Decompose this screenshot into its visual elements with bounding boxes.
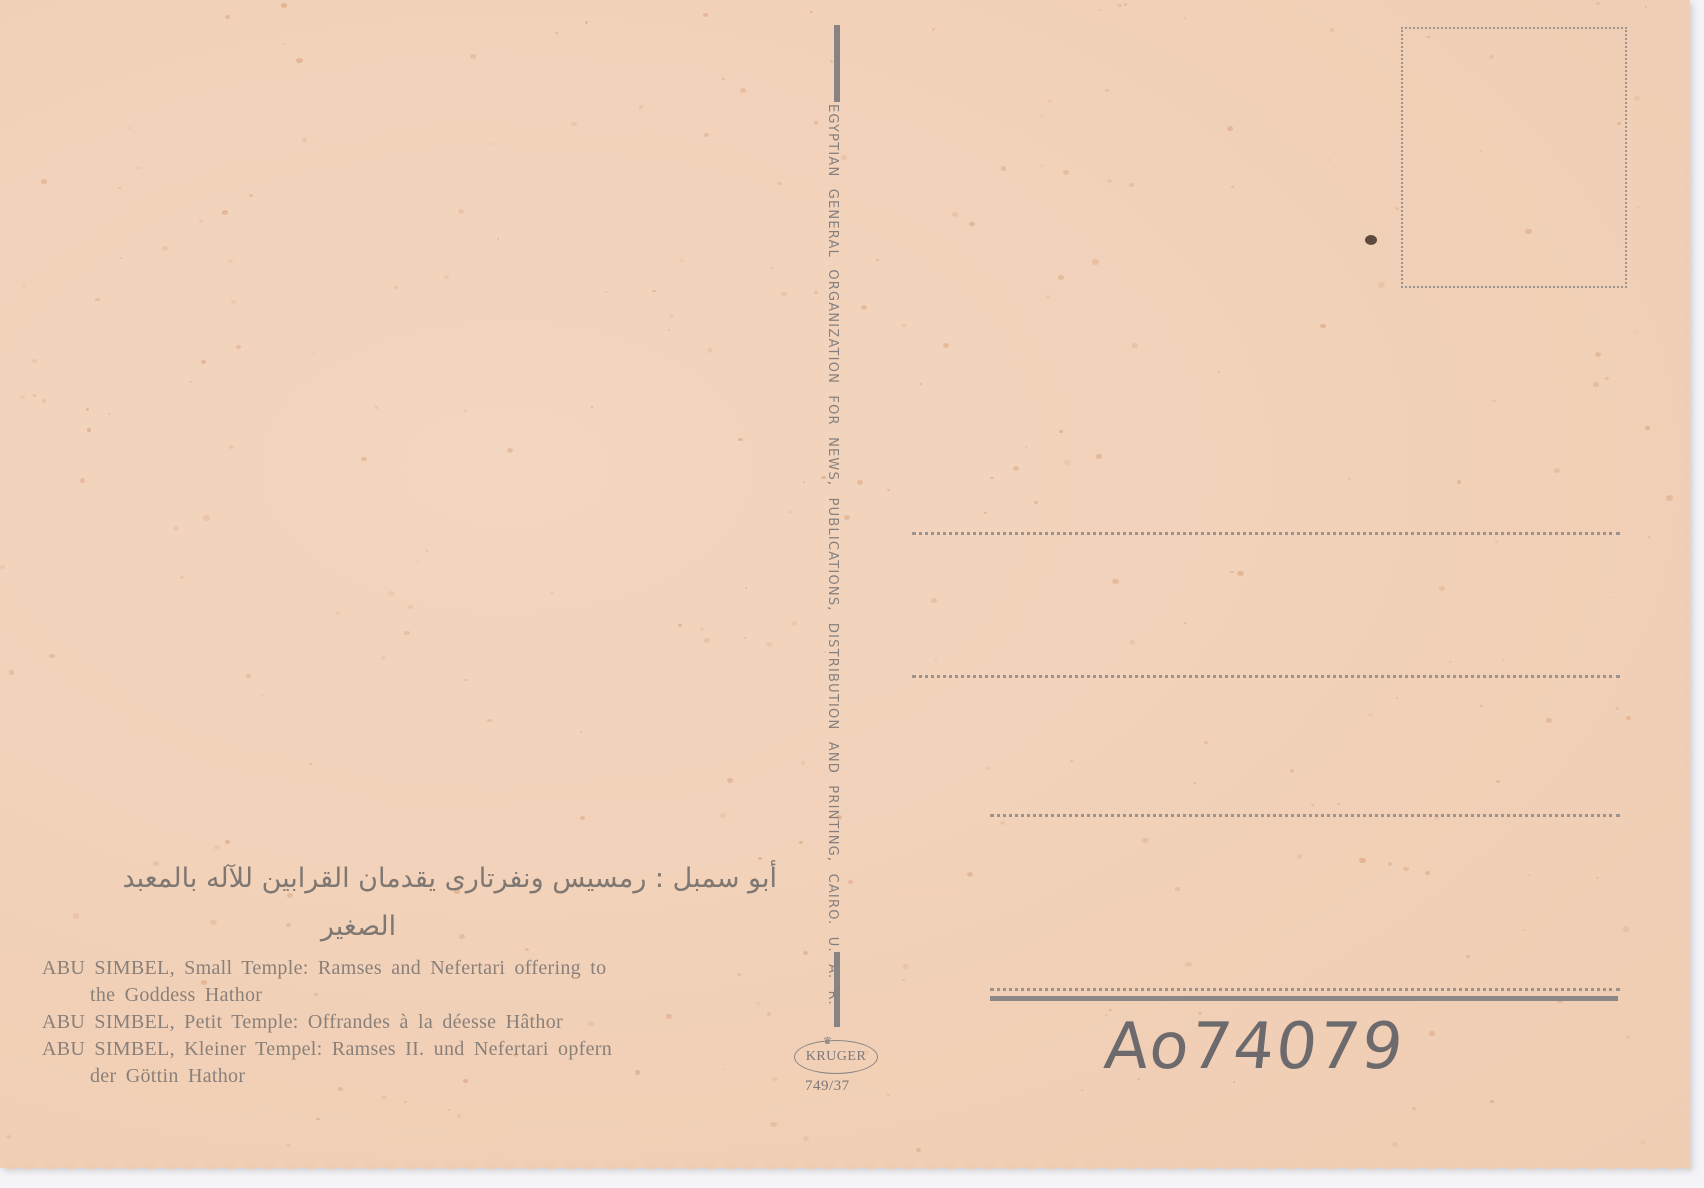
caption-english: ABU SIMBEL, Small Temple: Ramses and Nef… [42,955,767,1009]
caption-german: ABU SIMBEL, Kleiner Tempel: Ramses II. u… [42,1036,767,1090]
stamp-placeholder-box [1401,27,1627,288]
address-underline [990,996,1618,1001]
catalog-number: 749/37 [805,1078,850,1095]
deckled-edge-bottom [0,1162,1690,1174]
ink-spot [1365,235,1377,245]
arabic-caption: أبو سمبل : رمسيس ونفرتارى يقدمان القرابي… [40,855,777,951]
arabic-caption-line1: أبو سمبل : رمسيس ونفرتارى يقدمان القرابي… [122,863,777,894]
caption-english-line2: the Goddess Hathor [42,982,767,1009]
address-line-3 [990,814,1620,817]
printer-logo-text: KRUGER [806,1049,867,1065]
postcard-back: أبو سمبل : رمسيس ونفرتارى يقدمان القرابي… [0,0,1690,1168]
caption-french: ABU SIMBEL, Petit Temple: Offrandes à la… [42,1009,767,1036]
caption-german-line2: der Göttin Hathor [42,1063,767,1090]
handwritten-id: Ao74079 [1101,1010,1408,1084]
divider-top [834,25,840,102]
address-line-1 [912,532,1620,535]
caption-french-line1: ABU SIMBEL, Petit Temple: Offrandes à la… [42,1011,563,1033]
divider-bottom [834,952,840,1027]
captions: ABU SIMBEL, Small Temple: Ramses and Nef… [42,955,767,1090]
printer-logo: KRUGER [794,1040,878,1074]
deckled-edge-right [1684,0,1698,1168]
address-line-4 [990,988,1620,991]
address-line-2 [912,675,1620,678]
arabic-caption-line2: الصغير [40,903,677,951]
caption-english-line1: ABU SIMBEL, Small Temple: Ramses and Nef… [42,957,606,979]
publisher-vertical-text: EGYPTIAN GENERAL ORGANIZATION FOR NEWS, … [825,104,840,949]
caption-german-line1: ABU SIMBEL, Kleiner Tempel: Ramses II. u… [42,1038,612,1060]
